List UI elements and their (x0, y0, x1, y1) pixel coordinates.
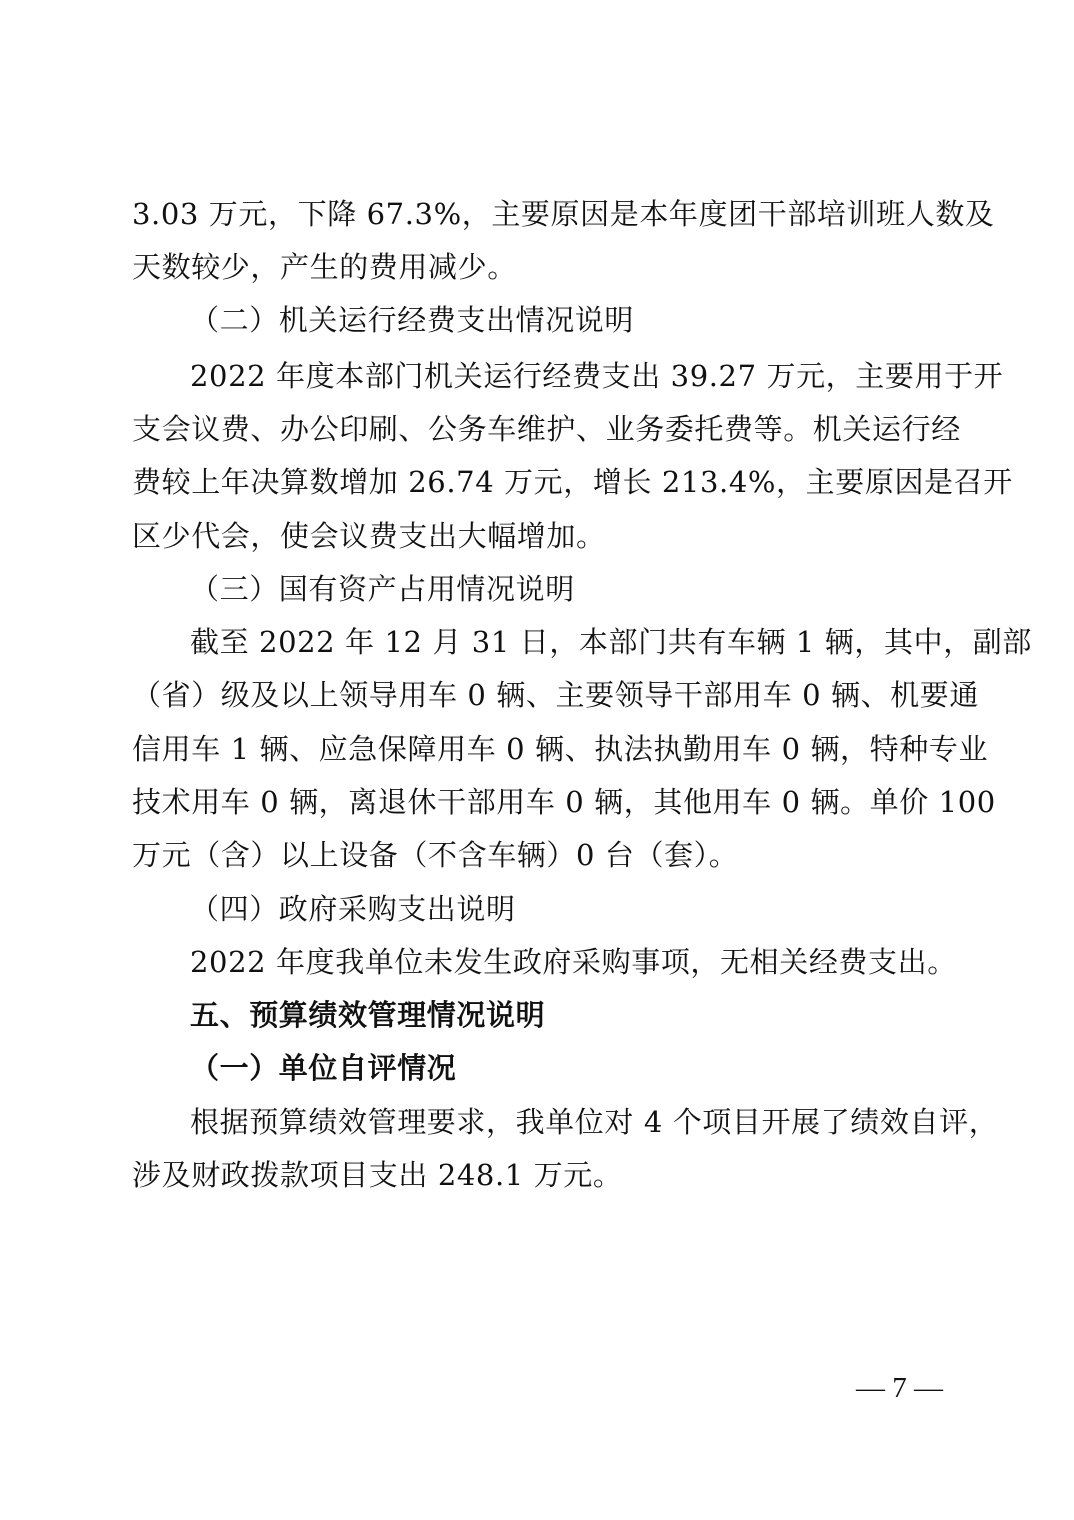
section-heading: 五、预算绩效管理情况说明 (190, 997, 944, 1033)
paragraph-line: 信用车 1 辆、应急保障用车 0 辆、执法执勤用车 0 辆，特种专业 (132, 731, 944, 767)
paragraph-line: 3.03 万元，下降 67.3%，主要原因是本年度团干部培训班人数及 (132, 196, 944, 232)
subsection-heading: （三）国有资产占用情况说明 (190, 571, 944, 607)
paragraph-line: 2022 年度我单位未发生政府采购事项，无相关经费支出。 (190, 944, 944, 980)
paragraph-line: 支会议费、办公印刷、公务车维护、业务委托费等。机关运行经 (132, 411, 944, 447)
paragraph-line: 区少代会，使会议费支出大幅增加。 (132, 518, 944, 554)
paragraph-line: 天数较少，产生的费用减少。 (132, 249, 944, 285)
subsection-heading: （二）机关运行经费支出情况说明 (190, 302, 944, 338)
subsection-heading: （四）政府采购支出说明 (190, 891, 944, 927)
document-page: 3.03 万元，下降 67.3%，主要原因是本年度团干部培训班人数及天数较少，产… (0, 0, 1074, 1520)
section-heading: （一）单位自评情况 (190, 1050, 944, 1086)
paragraph-line: （省）级及以上领导用车 0 辆、主要领导干部用车 0 辆、机要通 (132, 677, 944, 713)
paragraph-line: 万元（含）以上设备（不含车辆）0 台（套）。 (132, 837, 944, 873)
paragraph-line: 费较上年决算数增加 26.74 万元，增长 213.4%，主要原因是召开 (132, 464, 944, 500)
paragraph-line: 涉及财政拨款项目支出 248.1 万元。 (132, 1157, 944, 1193)
paragraph-line: 技术用车 0 辆，离退休干部用车 0 辆，其他用车 0 辆。单价 100 (132, 784, 944, 820)
paragraph-line: 2022 年度本部门机关运行经费支出 39.27 万元，主要用于开 (190, 358, 944, 394)
page-number: — 7 — (856, 1370, 943, 1406)
paragraph-line: 根据预算绩效管理要求，我单位对 4 个项目开展了绩效自评， (190, 1104, 944, 1140)
paragraph-line: 截至 2022 年 12 月 31 日，本部门共有车辆 1 辆，其中，副部 (190, 624, 944, 660)
